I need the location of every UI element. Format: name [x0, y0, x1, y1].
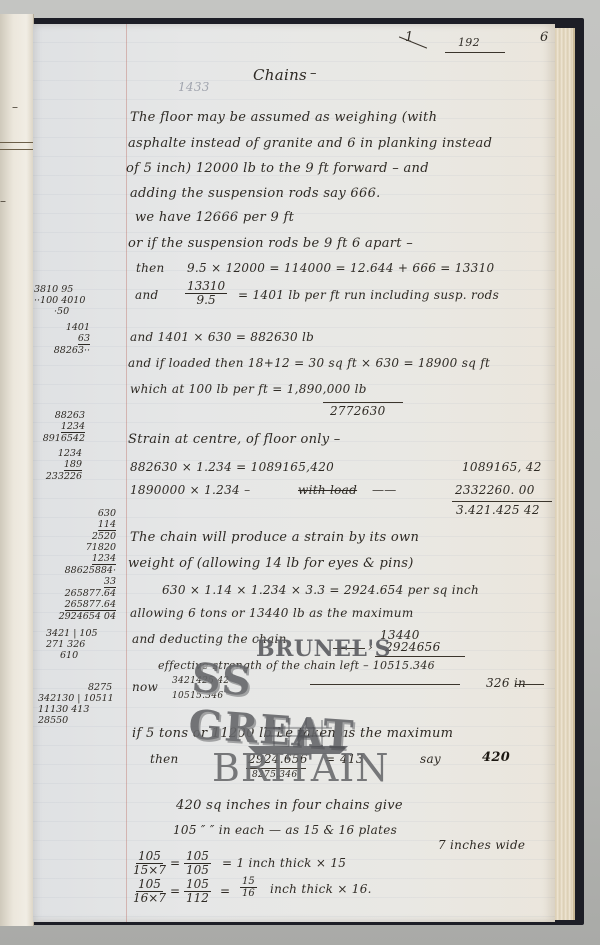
now-detail: 3421425 42: [172, 676, 229, 686]
fraction: 105 112: [184, 878, 211, 905]
left-page-rule: [0, 149, 34, 150]
text-line: asphalte instead of granite and 6 in pla…: [128, 136, 492, 151]
equals: =: [170, 884, 180, 898]
arrow: ›: [368, 640, 373, 654]
fraction-result: inch thick × 16.: [270, 882, 372, 896]
folio-number: 6: [540, 30, 549, 45]
text-line: and deducting the chain: [132, 632, 287, 646]
calc-total: 2772630: [330, 404, 386, 418]
text-line: which at 100 lb per ft = 1,890,000 lb: [130, 382, 367, 396]
corner-stroke: [445, 52, 505, 53]
left-page-mark: –: [0, 194, 6, 208]
text-line: effective strength of the chain left – 1…: [158, 659, 435, 672]
text-line: 105 ″ ″ in each — as 15 & 16 plates: [173, 823, 397, 837]
dash-rule: [516, 684, 544, 685]
margin-calc-e: 630 114 2520 71820 1234 88625884· 33 265…: [34, 508, 116, 622]
page-title: Chains: [253, 66, 307, 84]
text-line: we have 12666 per 9 ft: [135, 210, 294, 225]
and-label: and: [135, 288, 158, 302]
fraction: 15 16: [240, 876, 257, 899]
text-line: and if loaded then 18+12 = 30 sq ft × 63…: [128, 356, 490, 370]
pencil-note: 1433: [178, 80, 210, 94]
fraction: 105 16×7: [133, 878, 166, 905]
margin-calc-b: 1401 63 88263··: [40, 322, 90, 356]
text-line: or if the suspension rods be 9 ft 6 apar…: [128, 236, 413, 251]
margin-rule: [126, 24, 127, 922]
then-label: then: [136, 261, 165, 275]
text-line: The floor may be assumed as weighing (wi…: [130, 110, 437, 125]
dash: ——: [372, 483, 397, 497]
now-detail: 10515.346: [172, 691, 223, 701]
now-result: 326 in: [486, 676, 526, 690]
fraction-result: = 1 inch thick × 15: [222, 856, 346, 870]
page-stack-edges: [555, 28, 575, 920]
say-label: say: [420, 752, 441, 766]
section-heading: Strain at centre, of floor only –: [128, 432, 341, 447]
calc-value: 8275.346: [252, 770, 297, 780]
sum-rule: [375, 656, 465, 657]
strain-total: 3.421.425 42: [456, 503, 540, 517]
strain-row: 1890000 × 1.234 –: [130, 483, 250, 497]
calc-expression: 9.5 × 12000 = 114000 = 12.644 + 666 = 13…: [187, 261, 494, 275]
fraction: 105 15×7: [133, 850, 166, 877]
final-value: 420: [482, 750, 510, 765]
arrow-line: [333, 648, 365, 649]
margin-calc-f: 3421 | 105 271 326 610: [46, 628, 108, 661]
sum-rule: [452, 501, 552, 502]
text-line: and 1401 × 630 = 882630 lb: [130, 330, 314, 344]
struck-text: with load: [298, 483, 357, 497]
calc-value: 2924.656: [248, 752, 308, 766]
equals: =: [170, 856, 180, 870]
left-page-mark: –: [12, 100, 18, 114]
calc-result: 413: [340, 752, 364, 766]
text-line: adding the suspension rods say 666.: [130, 186, 381, 201]
equals: =: [325, 752, 335, 766]
fraction: 13310 9.5: [185, 280, 227, 307]
page-number: 192: [458, 36, 480, 49]
margin-calc-c: 88263 1234 8916542: [30, 410, 85, 444]
title-dash: –: [310, 66, 317, 81]
fraction: 105 105: [184, 850, 211, 877]
text-line: 420 sq inches in four chains give: [176, 798, 403, 813]
text-line: The chain will produce a strain by its o…: [130, 530, 419, 545]
side-note: 7 inches wide: [438, 838, 525, 852]
strain-value: 2332260. 00: [455, 483, 535, 497]
left-page-rule: [0, 142, 34, 143]
calc-expression: 630 × 1.14 × 1.234 × 3.3 = 2924.654 per …: [162, 583, 479, 597]
text-line: of 5 inch) 12000 lb to the 9 ft forward …: [126, 161, 429, 176]
text-line: allowing 6 tons or 13440 lb as the maxim…: [130, 606, 414, 620]
strain-row: 882630 × 1.234 = 1089165,420: [130, 460, 334, 474]
calc-result: = 1401 lb per ft run including susp. rod…: [238, 288, 499, 302]
equals: =: [220, 884, 230, 898]
division-rule: [246, 768, 306, 769]
division-rule: [310, 684, 460, 685]
margin-calc-a: 3810 95 ··100 4010 ·50: [34, 284, 114, 317]
calc-value: 2924656: [385, 640, 441, 654]
text-line: if 5 tons or 11200 lb be taken as the ma…: [132, 726, 453, 741]
previous-page-edge: – –: [0, 14, 34, 926]
margin-calc-g: 8275 342130 | 10511 11130 413 28550: [38, 682, 122, 726]
then-label: then: [150, 752, 179, 766]
sum-rule: [323, 402, 403, 403]
now-label: now: [132, 680, 158, 694]
strain-value: 1089165, 42: [462, 460, 542, 474]
text-line: weight of (allowing 14 lb for eyes & pin…: [128, 556, 414, 571]
margin-calc-d: 1234 189 233226: [30, 448, 82, 482]
